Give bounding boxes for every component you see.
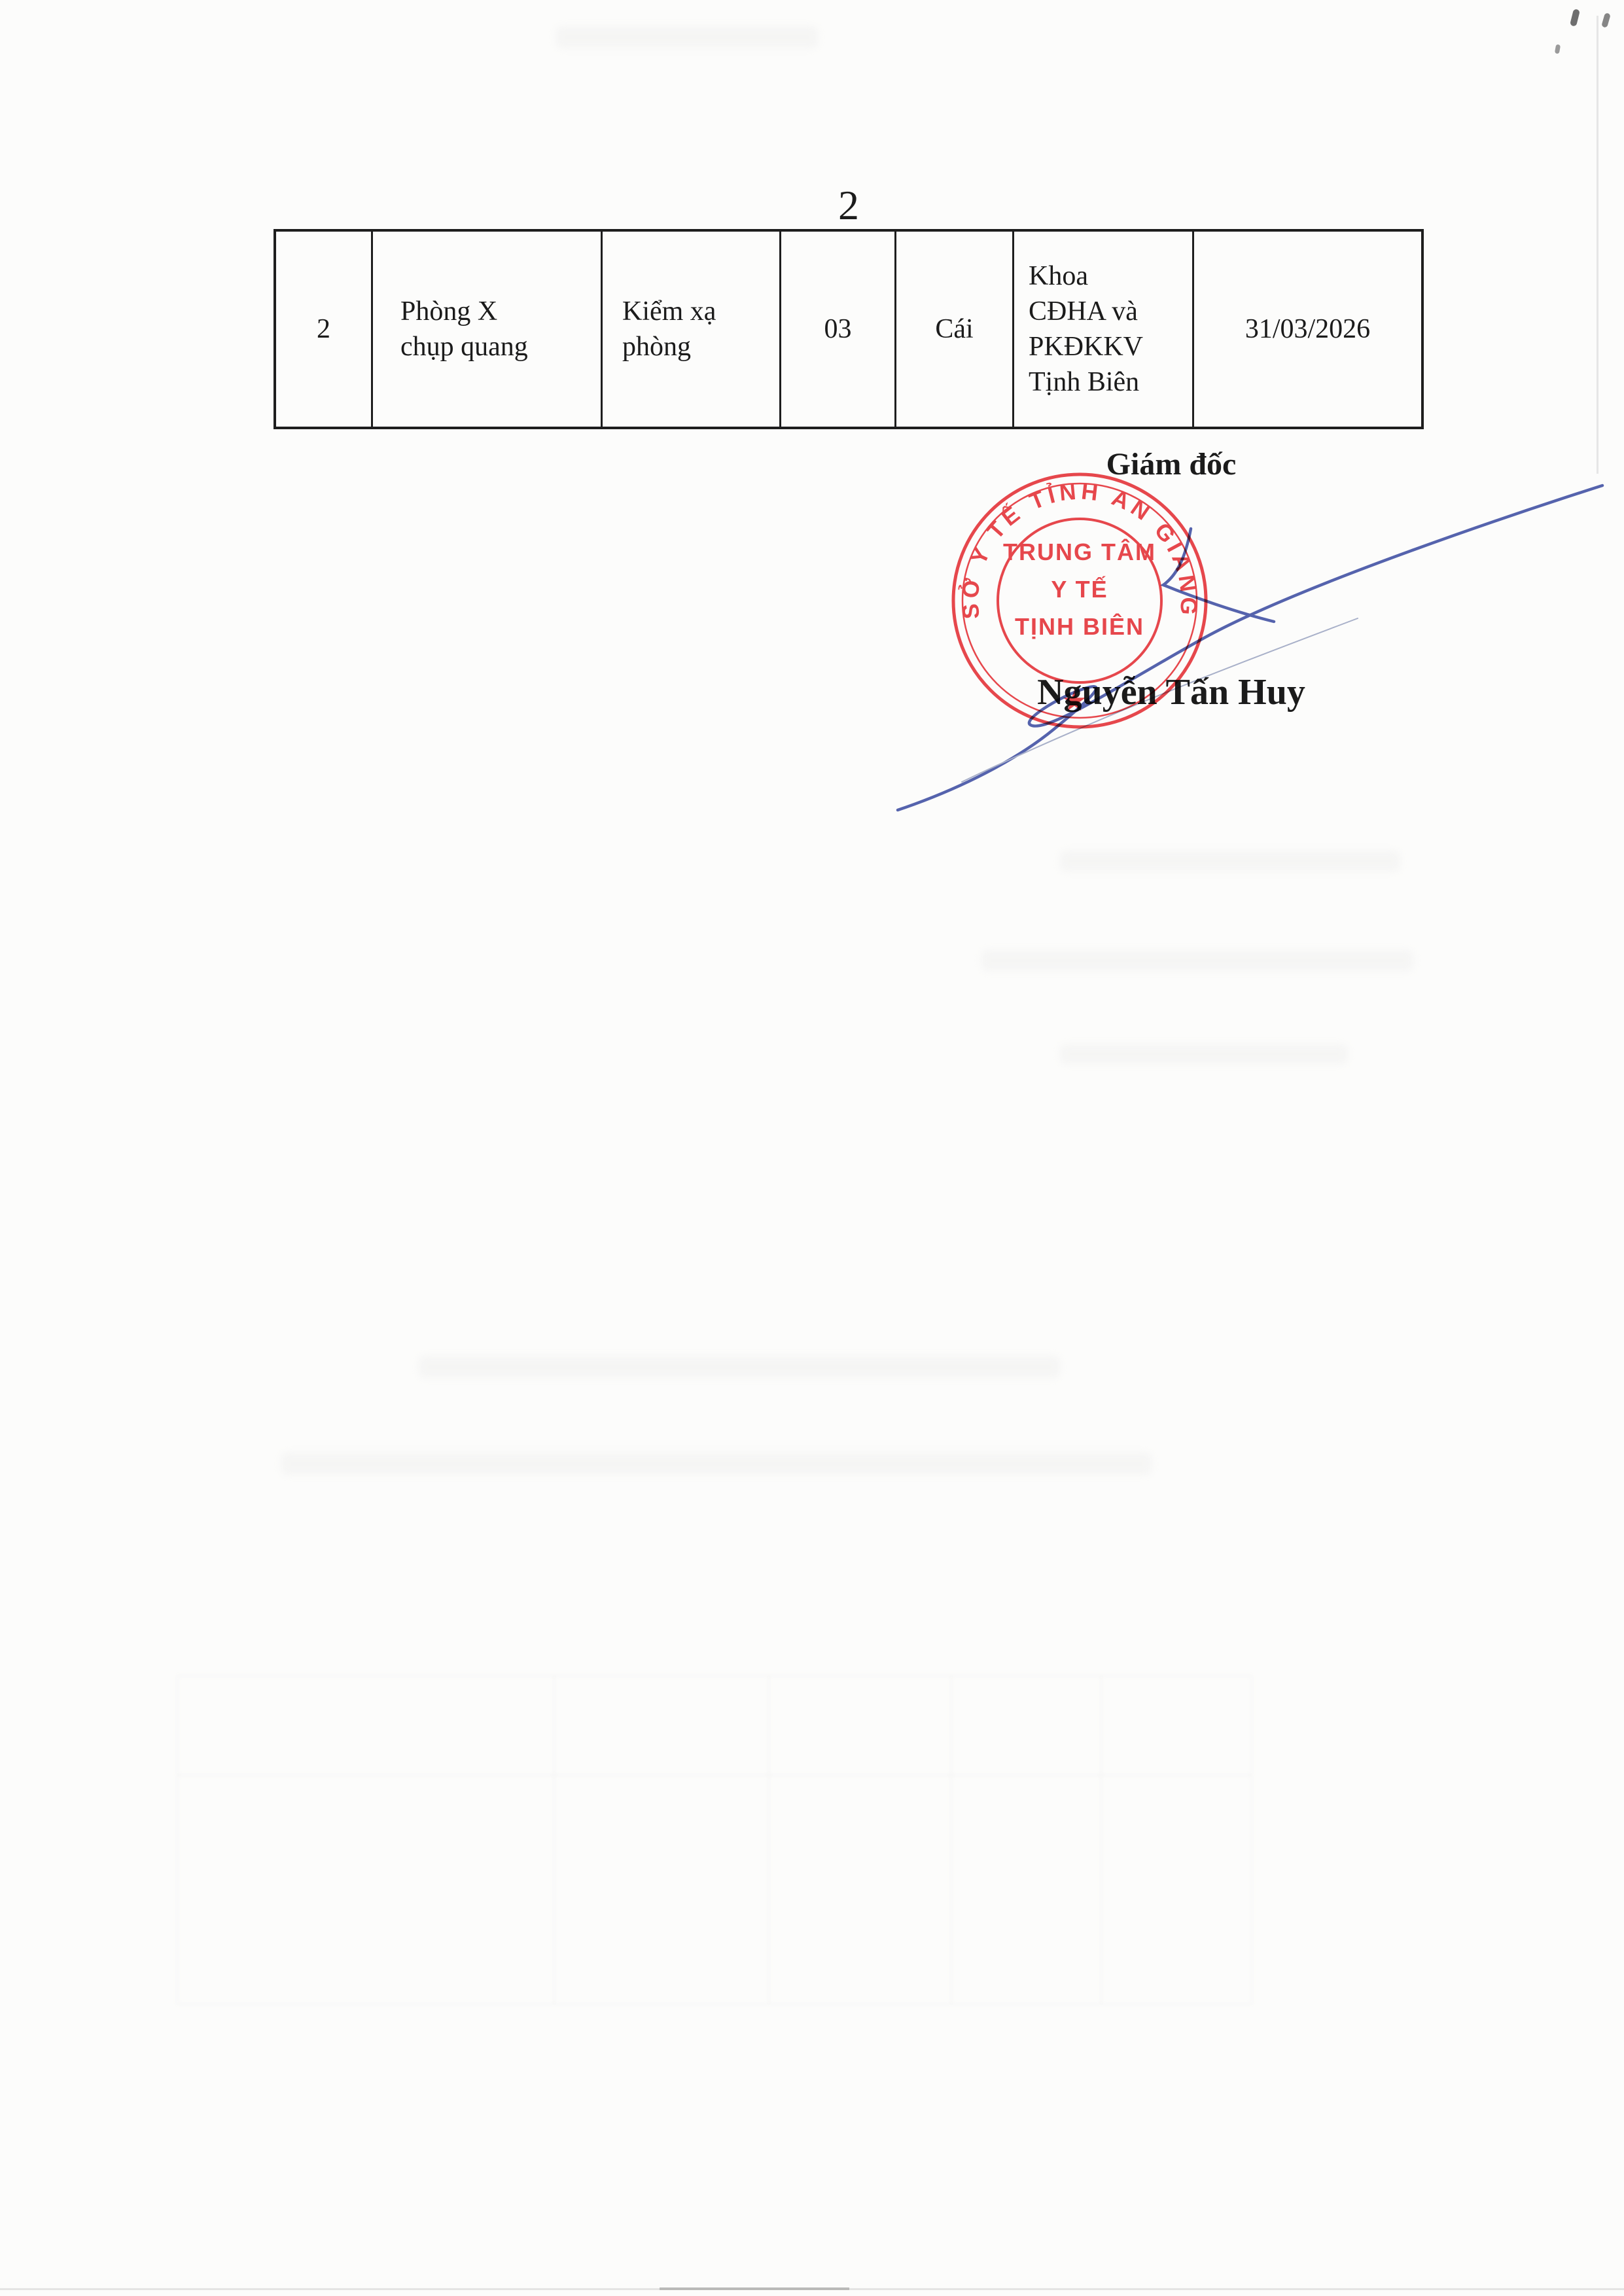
cell-department-text: Khoa CĐHA và PKĐKKV Tịnh Biên — [1029, 258, 1192, 400]
scan-bottom-edge-mark — [660, 2287, 849, 2290]
cell-deadline: 31/03/2026 — [1192, 232, 1421, 427]
bleed-through-smudge — [419, 1356, 1060, 1378]
cell-room: Phòng X chụp quang — [371, 232, 601, 427]
stamp-center-line2: Y TẾ — [1051, 576, 1108, 603]
handwritten-signature — [898, 486, 1602, 810]
scan-speck — [1601, 12, 1611, 28]
bleed-through-smudge — [556, 26, 818, 48]
cell-quantity-text: 03 — [781, 311, 894, 347]
bleed-through-line — [554, 1676, 555, 2004]
scan-speck — [1570, 9, 1580, 27]
bleed-through-line — [1101, 1676, 1102, 2004]
signer-title: Giám đốc — [942, 448, 1400, 482]
cell-unit: Cái — [894, 232, 1012, 427]
bleed-through-table — [177, 1675, 1252, 2005]
cell-stt: 2 — [276, 232, 371, 427]
signature-stroke-flourish — [898, 486, 1602, 810]
bleed-through-line — [768, 1676, 769, 2004]
page-number: 2 — [274, 185, 1424, 226]
stamp-ring-text-holder: SỞ Y TẾ TỈNH AN GIANG — [957, 478, 1201, 620]
cell-deadline-text: 31/03/2026 — [1194, 311, 1421, 347]
cell-room-text: Phòng X chụp quang — [400, 294, 601, 364]
scan-edge-line — [1597, 16, 1598, 474]
cell-task-text: Kiểm xạ phòng — [622, 294, 779, 364]
bleed-through-smudge — [1060, 1044, 1348, 1064]
bleed-through-smudge — [981, 950, 1413, 971]
stamp-center-line1: TRUNG TÂM — [1003, 538, 1156, 565]
bleed-through-line — [178, 1775, 1251, 1776]
cell-quantity: 03 — [779, 232, 894, 427]
stamp-inner-ring — [998, 519, 1161, 682]
stamp-ring-text: SỞ Y TẾ TỈNH AN GIANG — [957, 478, 1201, 620]
cell-unit-text: Cái — [896, 311, 1012, 347]
scanned-document-page: 2 2 Phòng X chụp quang Kiểm xạ phòng 03 … — [0, 0, 1624, 2296]
cell-task: Kiểm xạ phòng — [601, 232, 779, 427]
bleed-through-line — [951, 1676, 952, 2004]
bleed-through-smudge — [1060, 851, 1400, 872]
signer-name: Nguyễn Tấn Huy — [942, 673, 1400, 713]
bleed-through-smudge — [281, 1453, 1152, 1475]
signature-stroke-hook — [1163, 529, 1274, 622]
cell-department: Khoa CĐHA và PKĐKKV Tịnh Biên — [1012, 232, 1192, 427]
cell-stt-text: 2 — [276, 311, 371, 347]
scan-speck — [1555, 44, 1561, 54]
equipment-table: 2 Phòng X chụp quang Kiểm xạ phòng 03 Cá… — [274, 229, 1424, 429]
stamp-center-line3: TỊNH BIÊN — [1015, 612, 1144, 640]
